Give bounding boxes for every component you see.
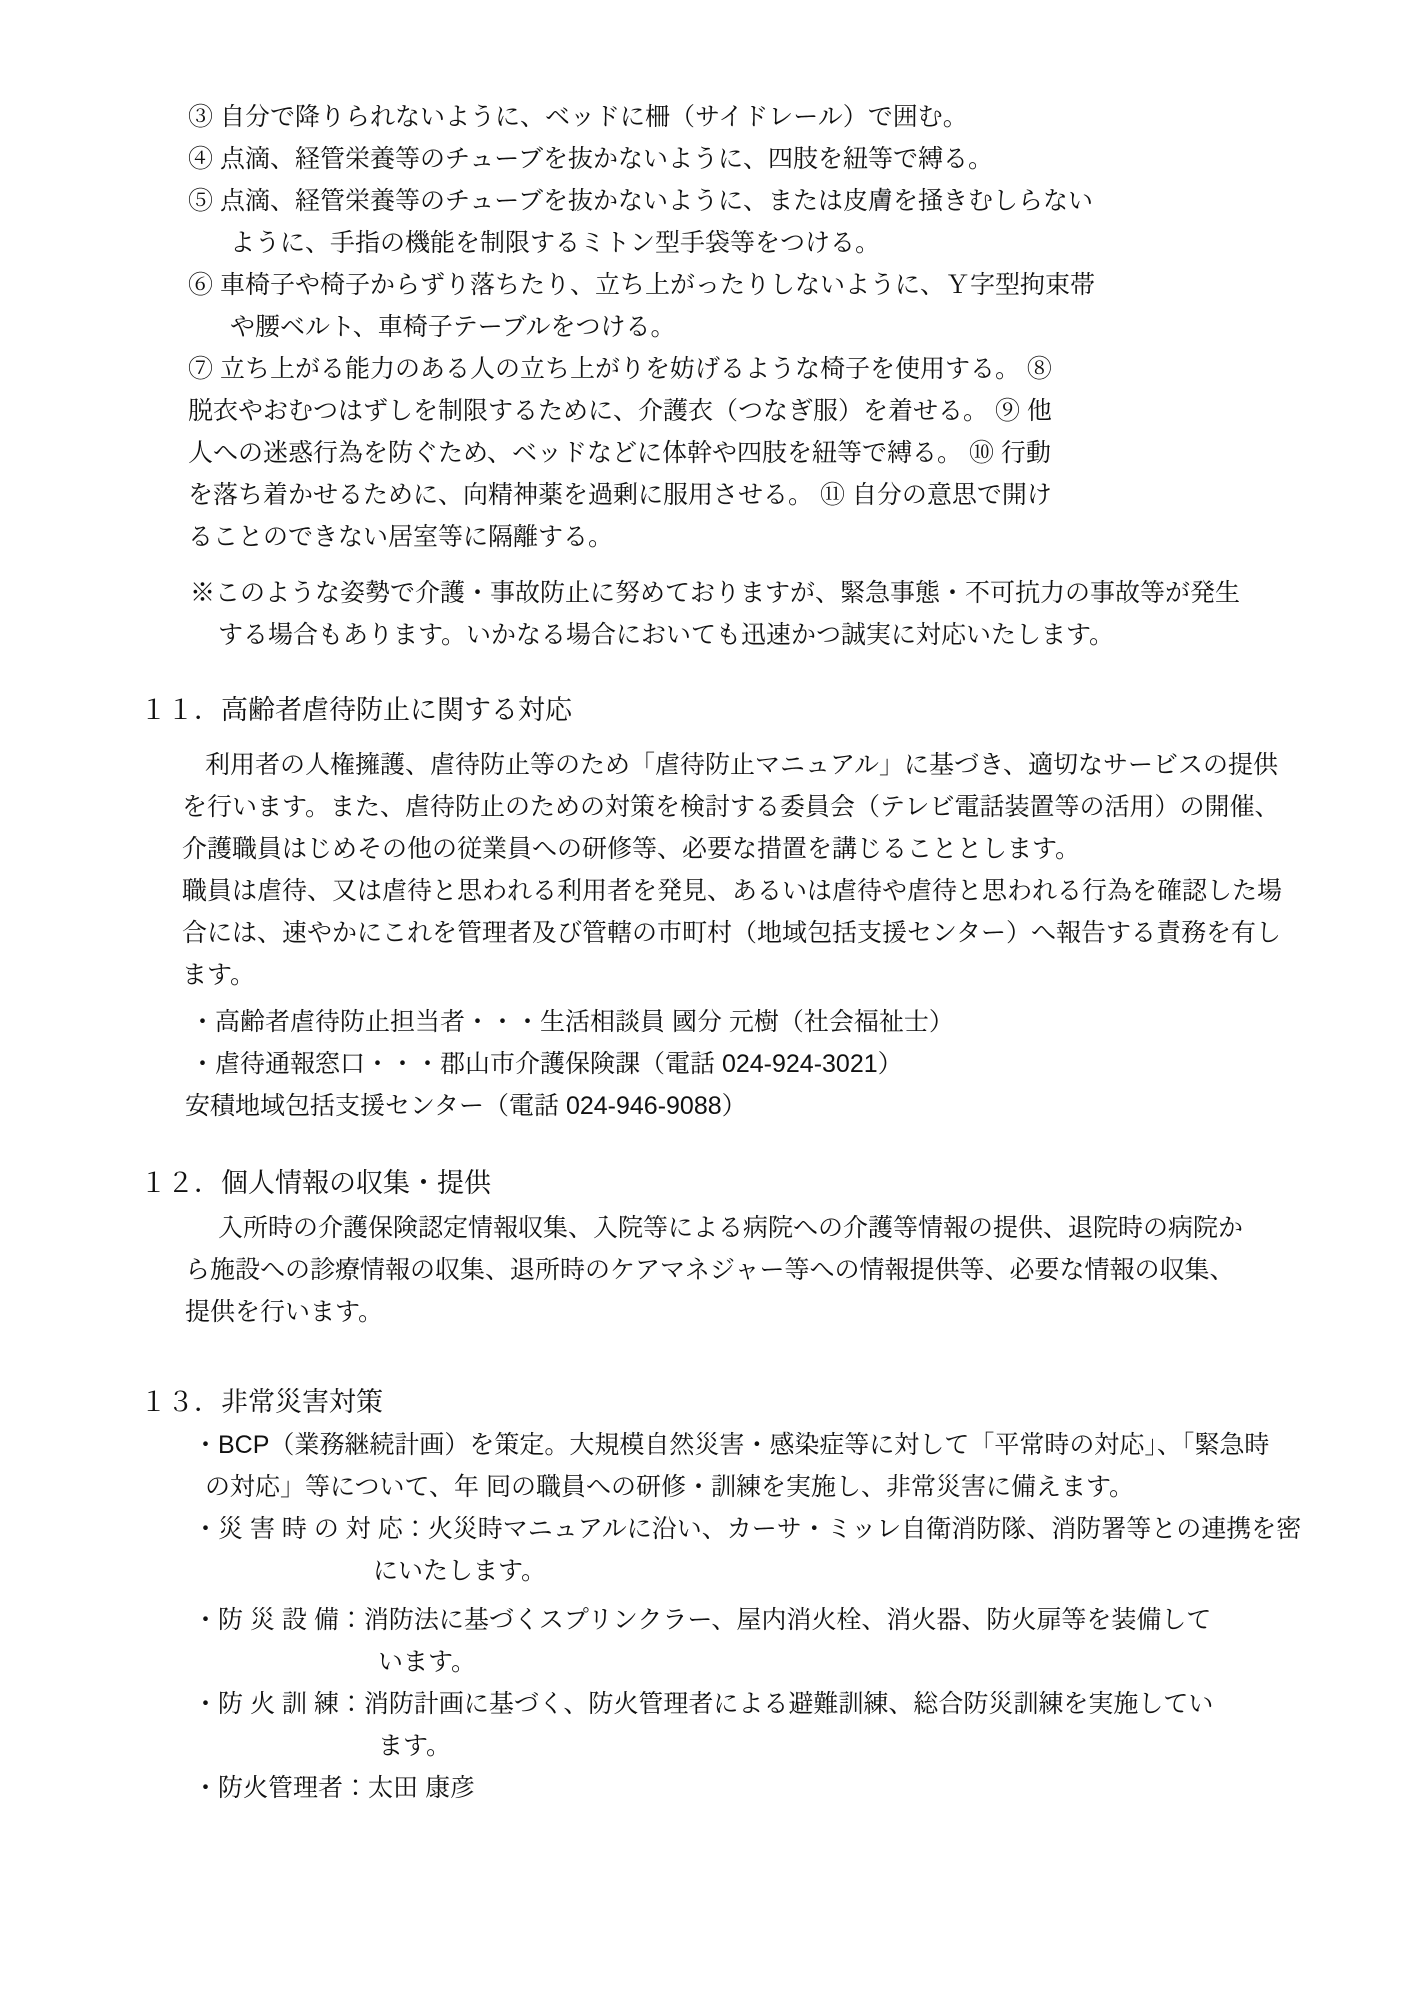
restraint-item-5: ⑤ 点滴、経管栄養等のチューブを抜かないように、または皮膚を掻きむしらない <box>0 180 1414 222</box>
restraint-items-10-11: を落ち着かせるために、向精神薬を過剰に服用させる。 ⑪ 自分の意思で開け <box>0 474 1414 516</box>
document-page: ③ 自分で降りられないように、ベッドに柵（サイドレール）で囲む。 ④ 点滴、経管… <box>0 0 1414 2000</box>
restraint-items-8-9: 脱衣やおむつはずしを制限するために、介護衣（つなぎ服）を着せる。 ⑨ 他 <box>0 390 1414 432</box>
section-12-para-line-3: 提供を行います。 <box>0 1291 1414 1333</box>
emergency-note-line-2: する場合もあります。いかなる場合においても迅速かつ誠実に対応いたします。 <box>0 614 1414 656</box>
emergency-note-line-1: ※このような姿勢で介護・事故防止に努めておりますが、緊急事態・不可抗力の事故等が… <box>0 572 1414 614</box>
abuse-report-contact: ・虐待通報窓口・・・郡山市介護保険課（電話 024-924-3021） <box>0 1043 1414 1085</box>
section-11-para-line-2: を行います。また、虐待防止のための対策を検討する委員会（テレビ電話装置等の活用）… <box>0 786 1414 828</box>
section-13-items: ・BCP（業務継続計画）を策定。大規模自然災害・感染症等に対して「平常時の対応」… <box>0 1424 1414 1809</box>
disaster-response-item-cont: にいたします。 <box>0 1550 1414 1592</box>
fire-drill-item: ・防 火 訓 練：消防計画に基づく、防火管理者による避難訓練、総合防災訓練を実施… <box>0 1683 1414 1725</box>
restraint-item-3: ③ 自分で降りられないように、ベッドに柵（サイドレール）で囲む。 <box>0 96 1414 138</box>
restraint-item-6: ⑥ 車椅子や椅子からずり落ちたり、立ち上がったりしないように、Ｙ字型拘束帯 <box>0 264 1414 306</box>
fire-equipment-item-cont: います。 <box>0 1641 1414 1683</box>
restraint-items-list: ③ 自分で降りられないように、ベッドに柵（サイドレール）で囲む。 ④ 点滴、経管… <box>0 96 1414 558</box>
section-11-heading: １１．高齢者虐待防止に関する対応 <box>0 689 1414 731</box>
section-11-paragraph: 利用者の人権擁護、虐待防止等のため「虐待防止マニュアル」に基づき、適切なサービス… <box>0 744 1414 996</box>
restraint-items-9-10: 人への迷惑行為を防ぐため、ベッドなどに体幹や四肢を紐等で縛る。 ⑩ 行動 <box>0 432 1414 474</box>
support-center-contact: 安積地域包括支援センター（電話 024-946-9088） <box>0 1085 1414 1127</box>
emergency-note: ※このような姿勢で介護・事故防止に努めておりますが、緊急事態・不可抗力の事故等が… <box>0 572 1414 656</box>
disaster-response-item: ・災 害 時 の 対 応：火災時マニュアルに沿い、カーサ・ミッレ自衛消防隊、消防… <box>0 1508 1414 1550</box>
fire-equipment-item: ・防 災 設 備：消防法に基づくスプリンクラー、屋内消火栓、消火器、防火扉等を装… <box>0 1599 1414 1641</box>
section-11-para-line-3: 介護職員はじめその他の従業員への研修等、必要な措置を講じることとします。 <box>0 828 1414 870</box>
restraint-item-6-cont: や腰ベルト、車椅子テーブルをつける。 <box>0 306 1414 348</box>
restraint-item-11-cont: ることのできない居室等に隔離する。 <box>0 516 1414 558</box>
section-13-heading: １３．非常災害対策 <box>0 1381 1414 1423</box>
section-12-para-line-2: ら施設への診療情報の収集、退所時のケアマネジャー等への情報提供等、必要な情報の収… <box>0 1249 1414 1291</box>
fire-drill-item-cont: ます。 <box>0 1725 1414 1767</box>
section-11-contacts: ・高齢者虐待防止担当者・・・生活相談員 國分 元樹（社会福祉士） ・虐待通報窓口… <box>0 1001 1414 1127</box>
bcp-item-line-1: ・BCP（業務継続計画）を策定。大規模自然災害・感染症等に対して「平常時の対応」… <box>0 1424 1414 1466</box>
restraint-item-4: ④ 点滴、経管栄養等のチューブを抜かないように、四肢を紐等で縛る。 <box>0 138 1414 180</box>
bcp-item-line-2: の対応」等について、年 囘の職員への研修・訓練を実施し、非常災害に備えます。 <box>0 1466 1414 1508</box>
restraint-item-7: ⑦ 立ち上がる能力のある人の立ち上がりを妨げるような椅子を使用する。 ⑧ <box>0 348 1414 390</box>
document-content: ③ 自分で降りられないように、ベッドに柵（サイドレール）で囲む。 ④ 点滴、経管… <box>0 0 1414 1809</box>
abuse-prevention-officer: ・高齢者虐待防止担当者・・・生活相談員 國分 元樹（社会福祉士） <box>0 1001 1414 1043</box>
section-11-para-line-1: 利用者の人権擁護、虐待防止等のため「虐待防止マニュアル」に基づき、適切なサービス… <box>0 744 1414 786</box>
restraint-item-5-cont: ように、手指の機能を制限するミトン型手袋等をつける。 <box>0 222 1414 264</box>
section-12-heading: １２．個人情報の収集・提供 <box>0 1162 1414 1204</box>
section-11-para-line-6: ます。 <box>0 954 1414 996</box>
section-11-para-line-4: 職員は虐待、又は虐待と思われる利用者を発見、あるいは虐待や虐待と思われる行為を確… <box>0 870 1414 912</box>
section-12-para-line-1: 入所時の介護保険認定情報収集、入院等による病院への介護等情報の提供、退院時の病院… <box>0 1207 1414 1249</box>
fire-manager-item: ・防火管理者：太田 康彦 <box>0 1767 1414 1809</box>
section-12-paragraph: 入所時の介護保険認定情報収集、入院等による病院への介護等情報の提供、退院時の病院… <box>0 1207 1414 1333</box>
section-11-para-line-5: 合には、速やかにこれを管理者及び管轄の市町村（地域包括支援センター）へ報告する責… <box>0 912 1414 954</box>
